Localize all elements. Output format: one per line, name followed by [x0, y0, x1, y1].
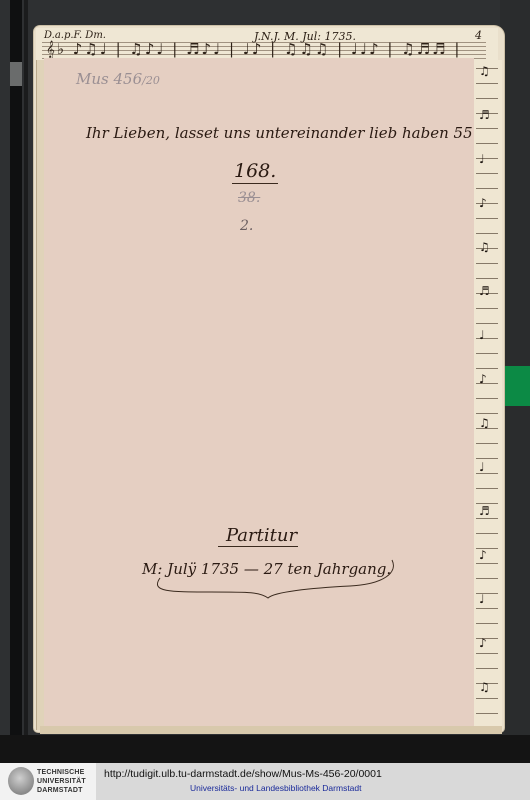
- staff-line: [476, 398, 498, 399]
- staff-line: [476, 98, 498, 99]
- partitur-label: Partitur: [226, 525, 297, 546]
- cantata-title: Ihr Lieben, lasset uns untereinander lie…: [86, 124, 473, 142]
- staff-line: [476, 353, 498, 354]
- staff-line: [476, 278, 498, 279]
- scan-background-bottom: [0, 735, 530, 763]
- scanner-edge-strip: [10, 0, 22, 763]
- staff-line: [476, 188, 498, 189]
- tu-darmstadt-logo[interactable]: TECHNISCHE UNIVERSITÄT DARMSTADT: [0, 763, 96, 800]
- staff-line: [476, 518, 498, 519]
- music-notation-icon: 𝄞♭ ♪♫♩ | ♫♪♩ | ♬♪♩ | ♩♪ | ♫♫♫ | ♩♩♪ | ♫♬…: [46, 40, 461, 58]
- staff-line: [476, 698, 498, 699]
- partitur-underline: [218, 546, 298, 547]
- music-note-icon: ♩: [479, 460, 485, 474]
- staff-line: [476, 713, 498, 714]
- staff-line: [476, 458, 498, 459]
- staff-line: [476, 323, 498, 324]
- staff-line: [476, 368, 498, 369]
- staff-line: [476, 308, 498, 309]
- crossed-number: 38.: [238, 190, 260, 206]
- page-number: 4: [475, 29, 482, 42]
- staff-line: [476, 128, 498, 129]
- staff-line: [476, 623, 498, 624]
- staff-line: [476, 218, 498, 219]
- logo-text: TECHNISCHE UNIVERSITÄT DARMSTADT: [37, 768, 86, 795]
- staff-line: [476, 173, 498, 174]
- staff-line: [476, 83, 498, 84]
- music-note-icon: ♩: [479, 592, 485, 606]
- catalog-number-underline: [232, 183, 278, 184]
- score-header-strip: D.a.p.F. Dm. J.N.J. M. Jul: 1735. 4 𝄞♭ ♪…: [36, 28, 498, 62]
- color-calibration-patch: [10, 62, 22, 86]
- athena-head-icon: [8, 767, 34, 795]
- music-note-icon: ♪: [479, 196, 487, 210]
- music-note-icon: ♪: [479, 372, 487, 386]
- staff-line: [476, 653, 498, 654]
- scan-viewer: D.a.p.F. Dm. J.N.J. M. Jul: 1735. 4 𝄞♭ ♪…: [0, 0, 530, 763]
- cover-sheet: [44, 58, 474, 730]
- cover-bottom-edge: [40, 726, 502, 734]
- music-note-icon: ♬: [479, 108, 490, 122]
- music-note-icon: ♩: [479, 152, 485, 166]
- staff-line: [476, 413, 498, 414]
- music-note-icon: ♬: [479, 504, 490, 518]
- music-note-icon: ♫: [479, 64, 490, 78]
- shelfmark-fraction: /20: [142, 74, 160, 87]
- staff-line: [476, 143, 498, 144]
- staff-line: [476, 233, 498, 234]
- shelfmark-text: Mus 456: [76, 70, 142, 88]
- staff-line: [476, 668, 498, 669]
- calligraphic-swash-icon: [150, 558, 400, 602]
- staff-line: [476, 488, 498, 489]
- green-calibration-tab: [503, 366, 530, 406]
- music-note-icon: ♫: [479, 240, 490, 254]
- permalink-url[interactable]: http://tudigit.ulb.tu-darmstadt.de/show/…: [104, 768, 382, 780]
- staff-line: [476, 578, 498, 579]
- staff-line: [476, 443, 498, 444]
- music-note-icon: ♫: [479, 416, 490, 430]
- small-number: 2.: [240, 218, 253, 234]
- staff-line: [476, 563, 498, 564]
- music-note-icon: ♪: [479, 636, 487, 650]
- staff-line: [476, 533, 498, 534]
- scanner-edge-strip-inner: [24, 0, 28, 763]
- catalog-number: 168.: [234, 160, 276, 182]
- music-note-icon: ♬: [479, 284, 490, 298]
- institution-link[interactable]: Universitäts- und Landesbibliothek Darms…: [190, 783, 362, 793]
- music-note-icon: ♪: [479, 548, 487, 562]
- shelfmark-pencil: Mus 456/20: [76, 70, 160, 88]
- music-note-icon: ♩: [479, 328, 485, 342]
- staff-line: [476, 608, 498, 609]
- footer-bar: TECHNISCHE UNIVERSITÄT DARMSTADT http://…: [0, 763, 530, 800]
- score-right-strip: ♫♬♩♪♫♬♩♪♫♩♬♪♩♪♫: [474, 60, 502, 730]
- staff-line: [476, 263, 498, 264]
- music-note-icon: ♫: [479, 680, 490, 694]
